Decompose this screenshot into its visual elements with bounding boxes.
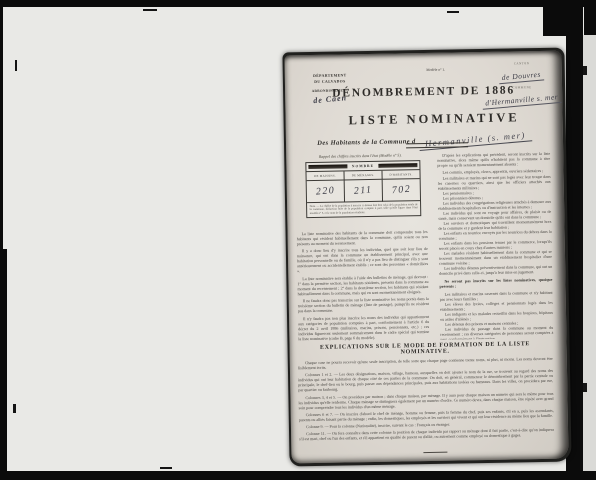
value-habitants-cell: 702 (382, 179, 420, 202)
paragraph: Il n'y faudra pas non plus inscrire les … (298, 314, 429, 341)
right-items-excluded: Les militaires et marins casernés dans l… (440, 289, 554, 341)
paragraph: La liste nominative des habitants de la … (297, 229, 428, 246)
left-column: Rappel des chiffres inscrits dans l'état… (292, 153, 431, 342)
scan-mark (160, 467, 172, 469)
recap-values-row: 220 211 702 (307, 179, 420, 203)
document-paper: DÉPARTEMENT DU CALVADOS ARRONDISSEMENT d… (284, 51, 568, 464)
model-note: Modèle n° 1. (396, 67, 476, 72)
paragraph: La liste nominative sera établie à l'aid… (297, 274, 428, 296)
paragraph: Colonne 11. — On fera connaître dans cet… (299, 427, 554, 442)
canton-block: CANTON de Douvres COMMUNE d'Hermanville … (481, 62, 564, 108)
scan-mark (15, 60, 17, 71)
paragraph: Il y a donc lieu d'y inscrire tous les i… (297, 246, 428, 273)
scan-border-top (0, 0, 596, 7)
recap-header-label: NOMBRE (348, 164, 378, 169)
scan-mark (13, 404, 16, 413)
list-line: Les individus détenus préventivement dan… (439, 264, 552, 276)
list-line: Les individus de passage dans la commune… (440, 325, 553, 342)
explanations-paragraphs: Chaque case ne pourra recevoir qu'une se… (298, 356, 554, 442)
divider-flourish (406, 142, 468, 148)
scan-mark (583, 383, 587, 392)
scan-mark (583, 66, 587, 75)
paragraph: Il ne faudra donc pas transcrire sur la … (298, 296, 429, 313)
right-items: Les commis, employés, clercs, apprentis,… (437, 168, 552, 276)
scan-border-top-right (543, 0, 583, 36)
scan-mark (143, 9, 157, 11)
value-maisons: 220 (315, 185, 335, 198)
canton-handwritten: de Douvres (499, 71, 545, 85)
scanned-census-page: DÉPARTEMENT DU CALVADOS ARRONDISSEMENT d… (0, 0, 596, 480)
value-maisons-cell: 220 (307, 180, 344, 203)
instruction-columns: Rappel des chiffres inscrits dans l'état… (292, 151, 553, 342)
right-intro: D'après les explications qui précèdent, … (437, 151, 550, 168)
rule-wedge-right (378, 163, 417, 168)
page-title: LISTE NOMINATIVE (305, 110, 562, 129)
value-habitants: 702 (391, 184, 411, 197)
commune-line-label: Des Habitants de la Commune d (317, 138, 416, 147)
recap-caption: Rappel des chiffres inscrits dans l'état… (292, 153, 428, 159)
paragraph: Colonnes 3, 4 et 5. — On procédera par m… (298, 390, 553, 410)
page-bottom-mark (423, 452, 447, 454)
scan-border-left (0, 249, 7, 471)
left-paragraphs: La liste nominative des habitants de la … (294, 229, 432, 342)
explanations-section: EXPLICATIONS SUR LE MODE DE FORMATION DE… (298, 341, 555, 444)
document-page: DÉPARTEMENT DU CALVADOS ARRONDISSEMENT d… (282, 48, 571, 467)
rule-wedge-left (308, 164, 347, 169)
scan-right-margin-strip (583, 35, 596, 471)
value-menages-cell: 211 (344, 180, 382, 203)
recap-table: NOMBRE DE MAISONS. DE MÉNAGES. D'HABITAN… (305, 160, 421, 218)
recap-footnote: Nota. — Le chiffre de la population à in… (307, 201, 420, 217)
right-subheading: Ne seront pas inscrits sur les listes no… (439, 277, 552, 289)
value-menages: 211 (353, 184, 373, 197)
departement-value: DU CALVADOS (299, 79, 361, 86)
paragraph: Colonnes 1 et 2. — Les deux désignations… (298, 368, 553, 393)
right-column: D'après les explications qui précèdent, … (437, 151, 553, 340)
commune-handwritten: d'Hermanville s. mer (482, 93, 562, 110)
scan-border-left-thin (0, 7, 3, 249)
explanations-heading: EXPLICATIONS SUR LE MODE DE FORMATION DE… (298, 341, 553, 357)
scan-border-bottom (0, 471, 596, 480)
scan-mark (447, 11, 459, 13)
